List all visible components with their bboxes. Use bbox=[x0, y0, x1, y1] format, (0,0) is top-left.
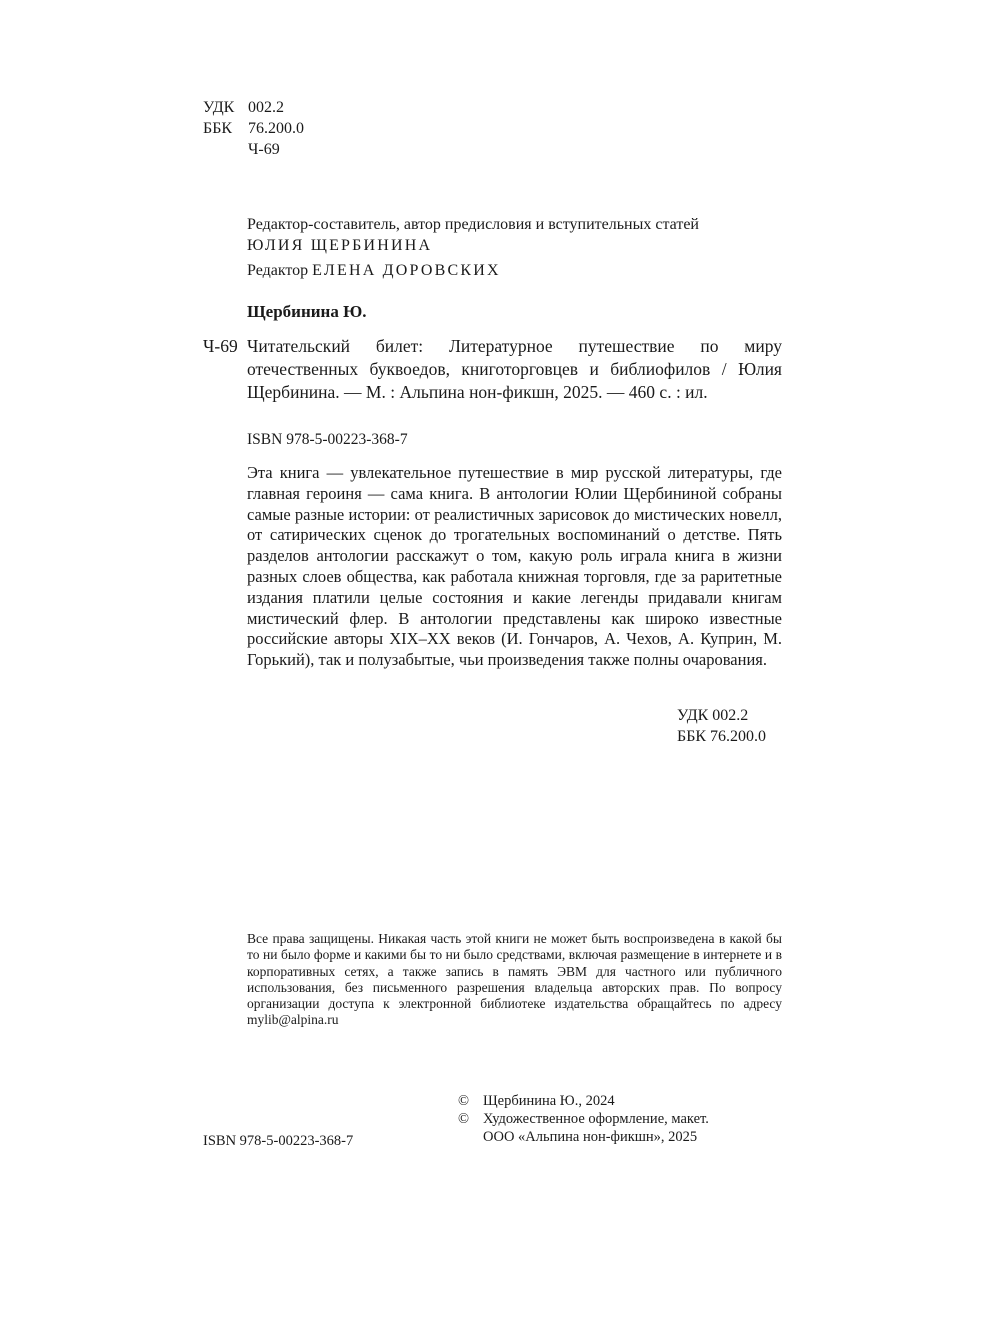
copyright-block: © Щербинина Ю., 2024 © Художественное оф… bbox=[458, 1092, 709, 1146]
classification-block: УДК 002.2 ББК 76.200.0 Ч-69 bbox=[203, 97, 304, 160]
rights-notice: Все права защищены. Никакая часть этой к… bbox=[247, 931, 782, 1029]
editor-line: Редактор ЕЛЕНА ДОРОВСКИХ bbox=[247, 260, 787, 281]
copyright-text: ООО «Альпина нон-фикшн», 2025 bbox=[483, 1128, 697, 1146]
copyright-line: © Художественное оформление, макет. bbox=[458, 1110, 709, 1128]
copyright-icon: © bbox=[458, 1092, 483, 1110]
bbk-label: ББК bbox=[203, 118, 248, 139]
credits-block: Редактор-составитель, автор предисловия … bbox=[247, 214, 787, 281]
bibliographic-description: Читательский билет: Литературное путешес… bbox=[247, 335, 782, 404]
udk-value: 002.2 bbox=[248, 97, 284, 118]
bbk-line: ББК 76.200.0 bbox=[677, 726, 766, 747]
copyright-text: Художественное оформление, макет. bbox=[483, 1110, 709, 1128]
compiler-name: ЮЛИЯ ЩЕРБИНИНА bbox=[247, 235, 787, 256]
editor-name: ЕЛЕНА ДОРОВСКИХ bbox=[312, 262, 501, 279]
editor-role: Редактор bbox=[247, 262, 308, 279]
author-mark-row: Ч-69 bbox=[203, 139, 304, 160]
cip-author-mark: Ч-69 bbox=[203, 335, 238, 358]
annotation: Эта книга — увлекательное путешествие в … bbox=[247, 463, 782, 671]
udk-label: УДК bbox=[203, 97, 248, 118]
udk-line: УДК 002.2 bbox=[677, 705, 766, 726]
copyright-line: ООО «Альпина нон-фикшн», 2025 bbox=[458, 1128, 709, 1146]
author-mark: Ч-69 bbox=[248, 139, 280, 160]
copyright-line: © Щербинина Ю., 2024 bbox=[458, 1092, 709, 1110]
compiler-role: Редактор-составитель, автор предисловия … bbox=[247, 214, 787, 235]
copyright-spacer bbox=[458, 1128, 483, 1146]
bbk-row: ББК 76.200.0 bbox=[203, 118, 304, 139]
copyright-text: Щербинина Ю., 2024 bbox=[483, 1092, 615, 1110]
catalog-classification: УДК 002.2 ББК 76.200.0 bbox=[677, 705, 766, 747]
isbn-catalog: ISBN 978-5-00223-368-7 bbox=[247, 431, 408, 449]
author-heading: Щербинина Ю. bbox=[247, 302, 367, 322]
isbn-footer: ISBN 978-5-00223-368-7 bbox=[203, 1133, 353, 1150]
udk-row: УДК 002.2 bbox=[203, 97, 304, 118]
copyright-icon: © bbox=[458, 1110, 483, 1128]
bbk-value: 76.200.0 bbox=[248, 118, 304, 139]
